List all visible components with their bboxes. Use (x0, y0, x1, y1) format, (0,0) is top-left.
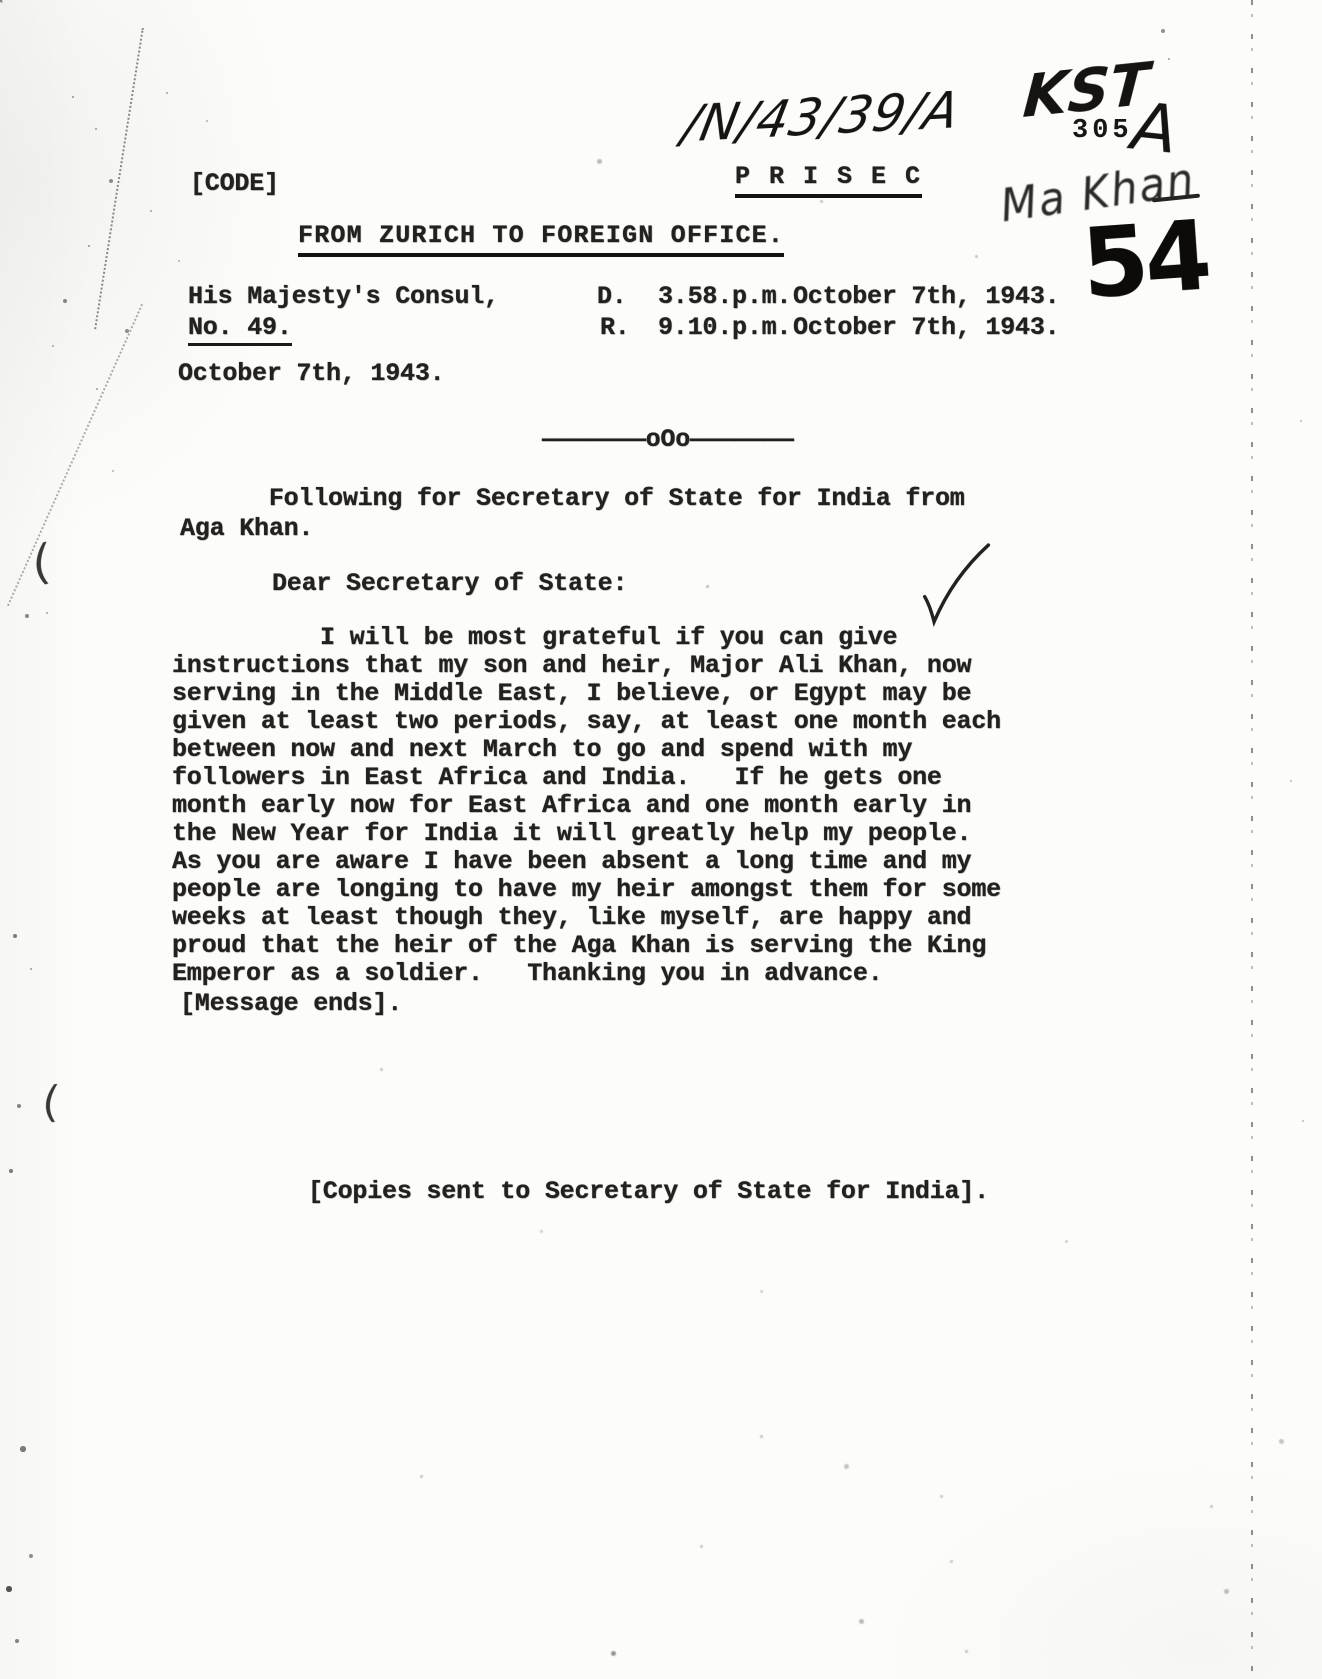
telegram-number: No. 49. (188, 314, 292, 346)
sender-line: His Majesty's Consul, (188, 283, 499, 311)
checkmark-annotation (917, 535, 997, 637)
folio-number-annotation: 54 (1078, 200, 1211, 320)
scan-crease-mark (94, 28, 144, 330)
copies-note: [Copies sent to Secretary of State for I… (308, 1178, 989, 1206)
message-body: I will be most grateful if you can give … (172, 624, 1102, 988)
dateline: October 7th, 1943. (178, 360, 444, 388)
scan-crease-mark (7, 304, 143, 606)
despatched-date: October 7th, 1943. (793, 283, 1059, 311)
margin-pen-mark: ( (26, 535, 56, 592)
salutation: Dear Secretary of State: (272, 570, 627, 598)
document-heading: FROM ZURICH TO FOREIGN OFFICE. (298, 222, 784, 257)
security-marking: P R I S E C (735, 163, 922, 198)
received-prefix: R. (600, 314, 630, 342)
margin-pen-mark: ( (39, 1077, 62, 1128)
message-ends-note: [Message ends]. (180, 990, 402, 1018)
file-reference-annotation: /N/43/39/A (677, 80, 964, 153)
section-divider: ———————oOo——————— (542, 426, 794, 454)
scanned-telegram-page: /N/43/39/A KST 305 A Ma Khan 54 ( ( [COD… (0, 0, 1322, 1679)
received-date: October 7th, 1943. (793, 314, 1059, 342)
despatched-prefix: D. (597, 283, 627, 311)
scan-noise-speckles (0, 0, 3, 3)
received-time: 9.10.p.m. (658, 314, 791, 342)
forwarding-note: Following for Secretary of State for Ind… (180, 484, 965, 544)
despatched-time: 3.58.p.m. (658, 283, 791, 311)
page-fold-dashed-line (1251, 0, 1253, 1679)
code-label: [CODE] (190, 170, 279, 198)
registry-number-stamp: 305 (1072, 116, 1133, 146)
